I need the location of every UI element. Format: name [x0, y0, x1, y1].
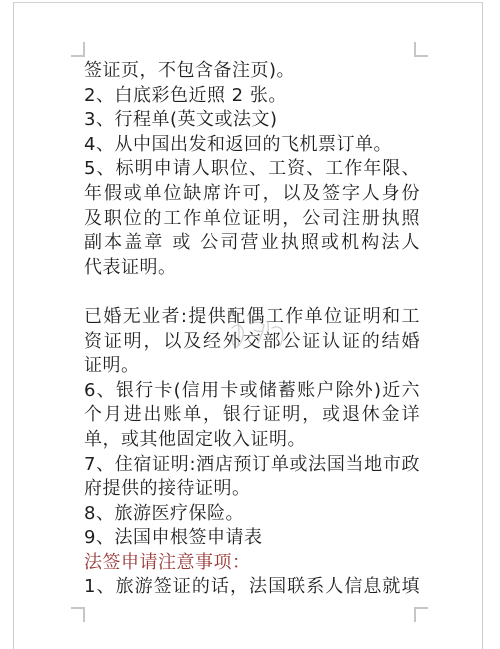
text-line: 副本盖章 或 公司营业执照或机构法人	[84, 231, 420, 256]
text-line: 3、行程单(英文或法文)	[84, 108, 420, 133]
text-line: 府提供的接待证明。	[84, 477, 420, 502]
margin-mark-top-right	[414, 42, 428, 57]
text-line: 代表证明。	[84, 256, 420, 281]
text-line: 2、白底彩色近照 2 张。	[84, 84, 420, 109]
margin-mark-top-left	[71, 42, 85, 57]
text-line: 4、从中国出发和返回的飞机票订单。	[84, 133, 420, 158]
text-line: 已婚无业者:提供配偶工作单位证明和工	[84, 305, 420, 330]
document-text-block: 签证页，不包含备注页)。 2、白底彩色近照 2 张。 3、行程单(英文或法文) …	[84, 59, 420, 600]
text-line: 单，或其他固定收入证明。	[84, 428, 420, 453]
text-line: 年假或单位缺席许可，以及签字人身份	[84, 182, 420, 207]
text-line: 7、住宿证明:酒店预订单或法国当地市政	[84, 453, 420, 478]
text-line: 9、法国申根签申请表	[84, 526, 420, 551]
text-line: 及职位的工作单位证明，公司注册执照	[84, 207, 420, 232]
notice-heading: 法签申请注意事项：	[84, 551, 420, 576]
text-line: 个月进出账单，银行证明，或退休金详	[84, 403, 420, 428]
text-line: 签证页，不包含备注页)。	[84, 59, 420, 84]
text-line: 资证明，以及经外交部公证认证的结婚	[84, 330, 420, 355]
text-line: 6、银行卡(信用卡或储蓄账户除外)近六	[84, 379, 420, 404]
margin-mark-bottom-left	[71, 607, 85, 622]
text-line: 证明。	[84, 354, 420, 379]
text-line: 1、旅游签证的话，法国联系人信息就填	[84, 575, 420, 600]
text-line: 8、旅游医疗保险。	[84, 502, 420, 527]
margin-mark-bottom-right	[414, 607, 428, 622]
blank-line	[84, 280, 420, 305]
text-line: 5、标明申请人职位、工资、工作年限、	[84, 157, 420, 182]
document-canvas: 签证页，不包含备注页)。 2、白底彩色近照 2 张。 3、行程单(英文或法文) …	[0, 0, 500, 649]
